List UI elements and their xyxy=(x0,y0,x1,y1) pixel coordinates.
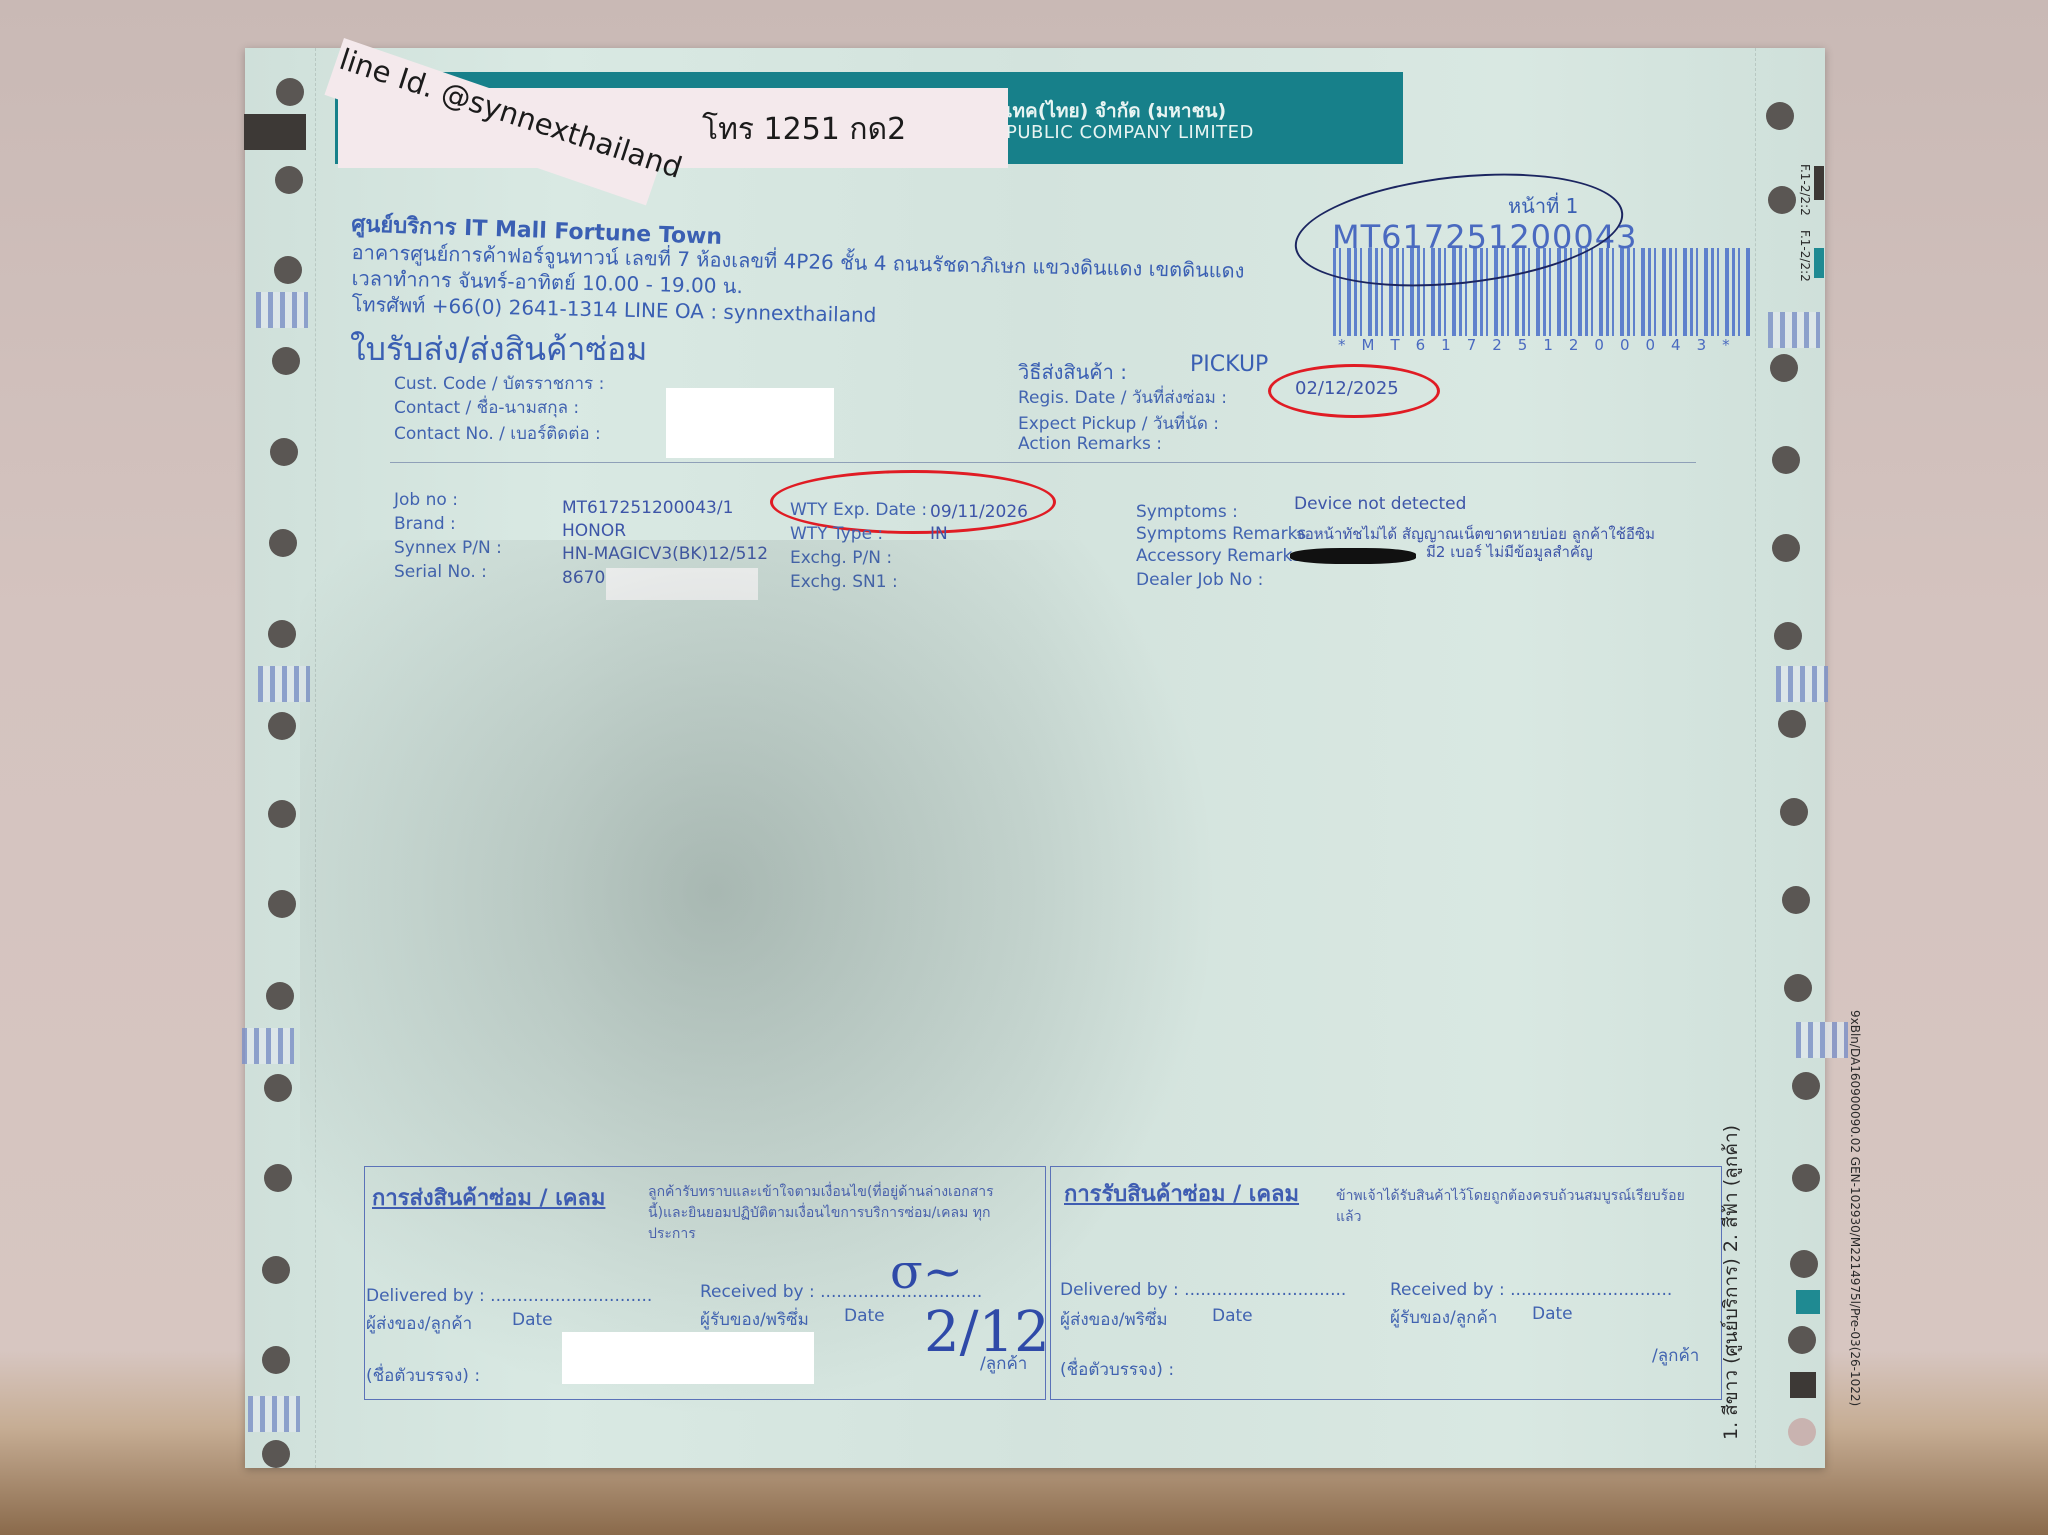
marker-redaction xyxy=(1290,548,1416,564)
feed-hole xyxy=(276,78,304,106)
feed-hole xyxy=(1772,446,1800,474)
job-no-value: MT617251200043/1 xyxy=(562,498,733,518)
receive-receiver-label: ผู้รับของ/ลูกค้า xyxy=(1390,1304,1497,1331)
exchg-sn-label: Exchg. SN1 : xyxy=(790,572,898,592)
feed-hole xyxy=(274,256,302,284)
delivery-terms: ลูกค้ารับทราบและเข้าใจตามเงื่อนไข(ที่อยู… xyxy=(648,1182,1028,1245)
receive-date-label: Date xyxy=(1212,1306,1253,1326)
feed-hole xyxy=(1792,1072,1820,1100)
delivery-print-name-label: (ชื่อตัวบรรจง) : xyxy=(366,1362,480,1389)
delivery-date-label: Date xyxy=(512,1310,553,1330)
serial-label: Serial No. : xyxy=(394,562,487,582)
feed-hole xyxy=(1784,974,1812,1002)
accessory-remarks-value: มี2 เบอร์ ไม่มีข้อมูลสำคัญ xyxy=(1426,540,1593,564)
feed-hole xyxy=(268,712,296,740)
symptoms-value: Device not detected xyxy=(1294,494,1466,514)
synnex-pn-label: Synnex P/N : xyxy=(394,538,502,558)
teal-mark xyxy=(1796,1290,1820,1314)
sticker-phone: โทร 1251 กด2 xyxy=(702,106,906,153)
feed-hole xyxy=(1766,102,1794,130)
receive-sender-label: ผู้ส่งของ/พริซึ่ม xyxy=(1060,1306,1168,1333)
synnex-pn-value: HN-MAGICV3(BK)12/512 xyxy=(562,544,768,564)
brand-value: HONOR xyxy=(562,521,626,541)
feed-mark xyxy=(1768,312,1820,348)
receive-box-title: การรับสินค้าซ่อม / เคลม xyxy=(1064,1176,1299,1211)
red-circle-annotation xyxy=(1268,364,1440,418)
feed-hole xyxy=(1778,710,1806,738)
feed-hole xyxy=(262,1440,290,1468)
feed-hole xyxy=(268,620,296,648)
receive-customer-suffix: /ลูกค้า xyxy=(1652,1342,1699,1369)
feed-mark xyxy=(242,1028,294,1064)
redaction-box xyxy=(606,568,758,600)
dealer-job-label: Dealer Job No : xyxy=(1136,570,1263,590)
handwritten-date: 2/12 xyxy=(924,1300,1050,1365)
symptoms-label: Symptoms : xyxy=(1136,502,1238,522)
form-code: 9xBln/DA160900090.02 GEN-102930/M2214975… xyxy=(1848,1010,1862,1406)
receive-date-label-2: Date xyxy=(1532,1304,1573,1324)
feed-hole xyxy=(1792,1164,1820,1192)
feed-hole xyxy=(1782,886,1810,914)
delivery-box-title: การส่งสินค้าซ่อม / เคลม xyxy=(372,1180,605,1215)
receive-print-name-label: (ชื่อตัวบรรจง) : xyxy=(1060,1356,1174,1383)
feed-hole xyxy=(268,890,296,918)
handwritten-signature: σ~ xyxy=(890,1244,963,1300)
receive-terms: ข้าพเจ้าได้รับสินค้าไว้โดยถูกต้องครบถ้วน… xyxy=(1336,1186,1696,1228)
serial-value: 8670 xyxy=(562,568,605,588)
black-mark xyxy=(1790,1372,1816,1398)
feed-hole xyxy=(1788,1326,1816,1354)
feed-mark xyxy=(256,292,308,328)
copy-color-note: 1. สีขาว (ศูนย์บริการ) 2. สีฟ้า (ลูกค้า) xyxy=(1716,1125,1746,1440)
delivery-date-label-2: Date xyxy=(844,1306,885,1326)
feed-hole xyxy=(272,347,300,375)
teal-mark xyxy=(1814,248,1824,278)
feed-hole xyxy=(270,438,298,466)
action-remarks-label: Action Remarks : xyxy=(1018,434,1162,454)
barcode-text: *MT617251200043* xyxy=(1338,336,1746,354)
form-title: ใบรับส่ง/ส่งสินค้าซ่อม xyxy=(350,324,647,375)
feed-mark xyxy=(1796,1022,1848,1058)
delivery-sender-label: ผู้ส่งของ/ลูกค้า xyxy=(366,1310,472,1337)
feed-hole xyxy=(269,529,297,557)
feed-hole xyxy=(264,1074,292,1102)
feed-hole xyxy=(1788,1418,1816,1446)
feed-mark xyxy=(258,666,310,702)
receive-received-by: Received by : ..........................… xyxy=(1390,1280,1672,1300)
contact-label: Contact / ชื่อ-นามสกุล : xyxy=(394,394,579,421)
feed-hole xyxy=(266,982,294,1010)
redaction-box xyxy=(562,1332,814,1384)
page-code-1: F.1-2/2:2 xyxy=(1798,164,1812,216)
delivery-delivered-by: Delivered by : .........................… xyxy=(366,1286,652,1306)
regis-date-label: Regis. Date / วันที่ส่งซ่อม : xyxy=(1018,384,1227,411)
redaction-box xyxy=(666,388,834,458)
symptoms-remarks-label: Symptoms Remarks xyxy=(1136,524,1306,544)
accessory-remarks-label: Accessory Remarks xyxy=(1136,546,1301,566)
section-divider xyxy=(390,462,1696,463)
cust-code-label: Cust. Code / บัตรราชการ : xyxy=(394,370,604,397)
feed-hole xyxy=(268,800,296,828)
feed-hole xyxy=(264,1164,292,1192)
feed-mark xyxy=(1776,666,1828,702)
feed-mark xyxy=(248,1396,300,1432)
black-mark xyxy=(244,114,306,150)
feed-hole xyxy=(1774,622,1802,650)
delivery-receiver-label: ผู้รับของ/พริซึ่ม xyxy=(700,1306,809,1333)
receive-delivered-by: Delivered by : .........................… xyxy=(1060,1280,1346,1300)
page-code-2: F.1-2/2:2 xyxy=(1798,230,1812,282)
contact-no-label: Contact No. / เบอร์ติดต่อ : xyxy=(394,420,601,447)
wty-type-label: WTY Type : xyxy=(790,524,883,544)
feed-hole xyxy=(1772,534,1800,562)
feed-hole xyxy=(1770,354,1798,382)
shipping-method-value: PICKUP xyxy=(1190,352,1268,377)
black-mark xyxy=(1814,166,1824,200)
feed-hole xyxy=(1768,186,1796,214)
job-no-label: Job no : xyxy=(394,490,458,510)
company-name-english: PUBLIC COMPANY LIMITED xyxy=(1006,122,1254,143)
feed-hole xyxy=(1780,798,1808,826)
feed-hole xyxy=(262,1256,290,1284)
feed-hole xyxy=(275,166,303,194)
brand-label: Brand : xyxy=(394,514,456,534)
exchg-pn-label: Exchg. P/N : xyxy=(790,548,892,568)
feed-hole xyxy=(262,1346,290,1374)
expect-pickup-label: Expect Pickup / วันที่นัด : xyxy=(1018,410,1219,437)
feed-hole xyxy=(1790,1250,1818,1278)
wty-type-value: IN xyxy=(930,524,948,544)
